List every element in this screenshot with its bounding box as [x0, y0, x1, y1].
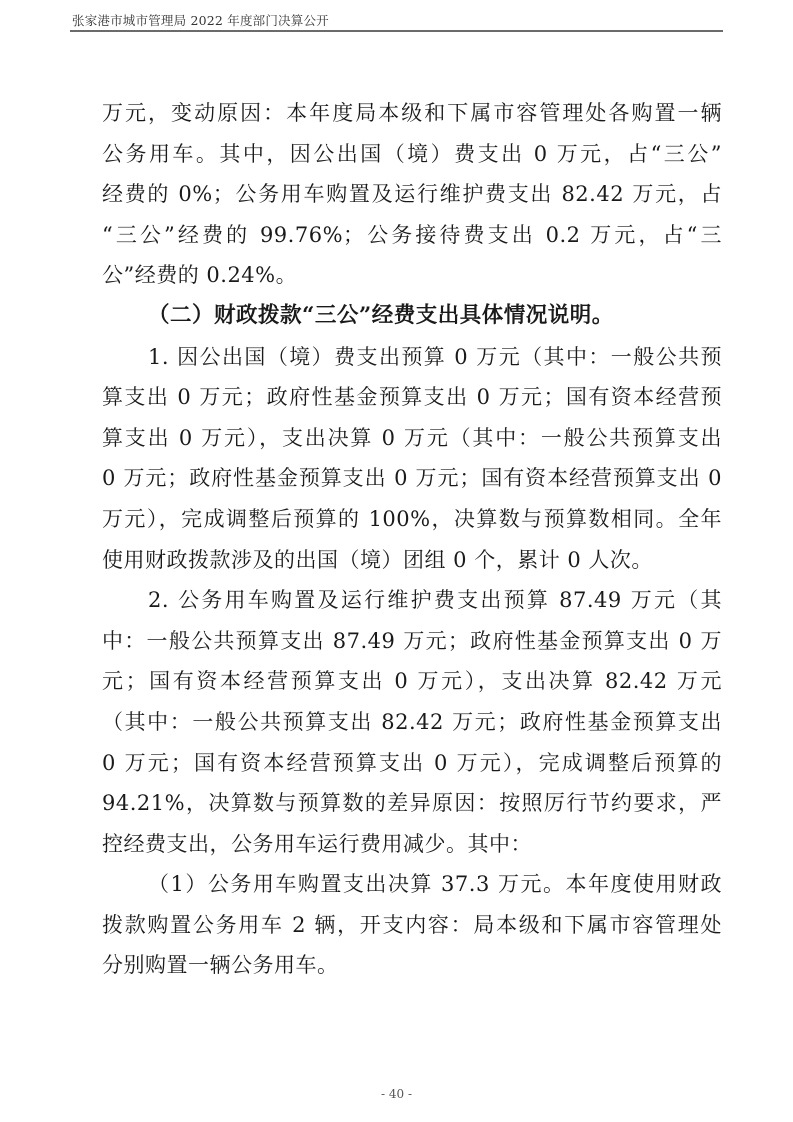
- text-line: 94.21%，决算数与预算数的差异原因：按照厉行节约要求，严: [102, 786, 722, 827]
- page-number: - 40 -: [0, 1087, 793, 1101]
- text-line: 公务用车。其中，因公出国（境）费支出 0 万元，占“三公”: [102, 137, 722, 178]
- text-line: 万元），完成调整后预算的 100%，决算数与预算数相同。全年: [102, 502, 722, 543]
- paragraph-sub-item-1-purchase: （1）公务用车购置支出决算 37.3 万元。本年度使用财政 拨款购置公务用车 2…: [102, 867, 722, 989]
- text-line: “三公”经费的 99.76%；公务接待费支出 0.2 万元，占“三: [102, 218, 722, 259]
- section-heading: （二）财政拨款“三公”经费支出具体情况说明。: [102, 299, 722, 340]
- text-line: 0 万元；国有资本经营预算支出 0 万元），完成调整后预算的: [102, 746, 722, 787]
- paragraph-three-public-summary: 万元，变动原因：本年度局本级和下属市容管理处各购置一辆 公务用车。其中，因公出国…: [102, 96, 722, 299]
- header-title: 张家港市城市管理局 2022 年度部门决算公开: [72, 11, 329, 29]
- text-line: 中：一般公共预算支出 87.49 万元；政府性基金预算支出 0 万: [102, 624, 722, 665]
- text-line: 算支出 0 万元；政府性基金预算支出 0 万元；国有资本经营预: [102, 380, 722, 421]
- page-header: 张家港市城市管理局 2022 年度部门决算公开: [70, 8, 723, 32]
- text-line: 分别购置一辆公务用车。: [102, 948, 722, 989]
- text-line: 2. 公务用车购置及运行维护费支出预算 87.49 万元（其: [102, 583, 722, 624]
- text-line: 经费的 0%；公务用车购置及运行维护费支出 82.42 万元，占: [102, 177, 722, 218]
- text-line: 1. 因公出国（境）费支出预算 0 万元（其中：一般公共预: [102, 340, 722, 381]
- paragraph-item-1-overseas: 1. 因公出国（境）费支出预算 0 万元（其中：一般公共预 算支出 0 万元；政…: [102, 340, 722, 584]
- text-line: 公”经费的 0.24%。: [102, 258, 722, 299]
- text-line: 万元，变动原因：本年度局本级和下属市容管理处各购置一辆: [102, 96, 722, 137]
- text-line: 拨款购置公务用车 2 辆，开支内容：局本级和下属市容管理处: [102, 908, 722, 949]
- text-line: 算支出 0 万元），支出决算 0 万元（其中：一般公共预算支出: [102, 421, 722, 462]
- text-line: 使用财政拨款涉及的出国（境）团组 0 个，累计 0 人次。: [102, 543, 722, 584]
- text-line: （其中：一般公共预算支出 82.42 万元；政府性基金预算支出: [102, 705, 722, 746]
- text-line: 控经费支出，公务用车运行费用减少。其中：: [102, 827, 722, 868]
- text-line: （1）公务用车购置支出决算 37.3 万元。本年度使用财政: [102, 867, 722, 908]
- text-line: 0 万元；政府性基金预算支出 0 万元；国有资本经营预算支出 0: [102, 461, 722, 502]
- paragraph-item-2-vehicles: 2. 公务用车购置及运行维护费支出预算 87.49 万元（其 中：一般公共预算支…: [102, 583, 722, 867]
- text-line: 元；国有资本经营预算支出 0 万元），支出决算 82.42 万元: [102, 664, 722, 705]
- document-body: 万元，变动原因：本年度局本级和下属市容管理处各购置一辆 公务用车。其中，因公出国…: [102, 96, 722, 989]
